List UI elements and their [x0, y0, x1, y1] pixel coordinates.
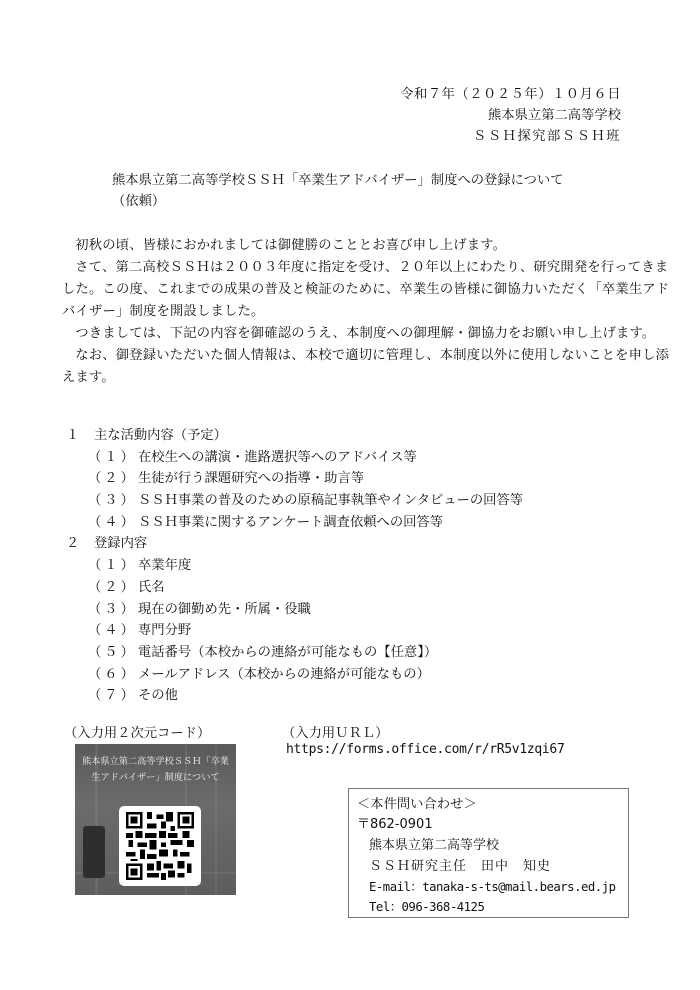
section-title: 主な活動内容（予定）	[94, 425, 227, 447]
paragraph-background: さて、第二高校ＳＳＨは２００３年度に指定を受け、２０年以上にわたり、研究開発を行…	[62, 257, 672, 323]
qr-code-label: （入力用２次元コード）	[64, 722, 210, 741]
list-item: （７）その他	[66, 685, 523, 707]
list-item: （３）現在の御勤め先・所属・役職	[66, 599, 523, 621]
section-number: １	[66, 425, 94, 447]
paragraph-request: つきましては、下記の内容を御確認のうえ、本制度への御理解・御協力をお願い申し上げ…	[62, 323, 672, 345]
section-number: ２	[66, 533, 94, 555]
section-heading: １ 主な活動内容（予定）	[66, 425, 523, 447]
form-url-link[interactable]: https://forms.office.com/r/rR5v1zqi67	[286, 742, 565, 757]
list-item: （１）卒業年度	[66, 555, 523, 577]
sender-department: ＳＳＨ探究部ＳＳＨ班	[473, 127, 621, 147]
contact-person: ＳＳＨ研究主任 田中 知史	[369, 855, 551, 874]
document-title-request: （依頼）	[112, 192, 165, 212]
sender-school: 熊本県立第二高等学校	[488, 106, 621, 126]
list-item: （２）氏名	[66, 577, 523, 599]
contact-heading: ＜本件問い合わせ＞	[357, 793, 477, 812]
paragraph-privacy: なお、御登録いただいた個人情報は、本校で適切に管理し、本制度以外に使用しないこと…	[62, 345, 672, 389]
section-heading: ２ 登録内容	[66, 533, 523, 555]
activities-section: １ 主な活動内容（予定） （１）在校生への講演・進路選択等へのアドバイス等 （２…	[66, 425, 523, 707]
paragraph-greeting: 初秋の頃、皆様におかれましては御健勝のこととお喜び申し上げます。	[62, 235, 672, 257]
list-item: （２）生徒が行う課題研究への指導・助言等	[66, 468, 523, 490]
list-item: （１）在校生への講演・進路選択等へのアドバイス等	[66, 447, 523, 469]
contact-email[interactable]: E-mail：tanaka-s-ts@mail.bears.ed.jp	[369, 877, 616, 895]
document-title: 熊本県立第二高等学校ＳＳＨ「卒業生アドバイザー」制度への登録について	[112, 171, 564, 191]
contact-info-box: ＜本件問い合わせ＞ 〒862-0901 熊本県立第二高等学校 ＳＳＨ研究主任 田…	[348, 788, 629, 918]
url-label: （入力用ＵＲＬ）	[282, 722, 388, 741]
contact-school: 熊本県立第二高等学校	[369, 834, 499, 853]
list-item: （４）専門分野	[66, 620, 523, 642]
qr-code-icon[interactable]	[119, 806, 201, 886]
document-date: 令和７年（２０２５年）１０月６日	[400, 85, 621, 105]
postal-code: 〒862-0901	[357, 813, 433, 832]
body-text: 初秋の頃、皆様におかれましては御健勝のこととお喜び申し上げます。 さて、第二高校…	[62, 235, 672, 389]
list-item: （４）ＳＳＨ事業に関するアンケート調査依頼への回答等	[66, 512, 523, 534]
contact-phone: Tel：096-368-4125	[369, 897, 484, 915]
qr-code-card[interactable]: 熊本県立第二高等学校ＳＳＨ「卒業 生アドバイザー」制度について	[75, 744, 236, 895]
section-title: 登録内容	[94, 533, 147, 555]
list-item: （６）メールアドレス（本校からの連絡が可能なもの）	[66, 664, 523, 686]
list-item: （５）電話番号（本校からの連絡が可能なもの【任意】）	[66, 642, 523, 664]
chair-photo-element	[83, 826, 105, 878]
list-item: （３）ＳＳＨ事業の普及のための原稿記事執筆やインタビューの回答等	[66, 490, 523, 512]
qr-card-caption: 熊本県立第二高等学校ＳＳＨ「卒業 生アドバイザー」制度について	[79, 754, 232, 786]
